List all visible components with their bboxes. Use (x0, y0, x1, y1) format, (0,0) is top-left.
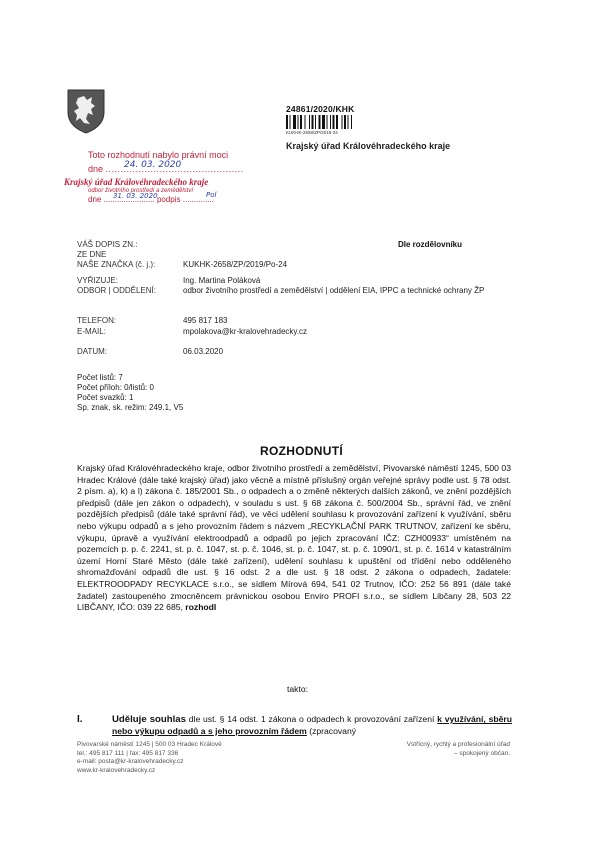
sheet-count: Počet listů: 7 (77, 373, 183, 383)
document-title: ROZHODNUTÍ (0, 444, 595, 458)
department: odbor životního prostředí a zemědělství … (183, 286, 513, 296)
legal-effect-stamp: Toto rozhodnutí nabylo právní moci dne .… (64, 150, 276, 204)
file-mark: Sp. znak, sk. režim: 249.1, V5 (77, 403, 183, 413)
verdict: rozhodl (185, 602, 216, 612)
meta-label: E-MAIL: (77, 327, 106, 336)
footer-contacts: Pivovarské náměstí 1245 | 500 03 Hradec … (77, 741, 222, 775)
motto-line-2: – spokojený občan. (407, 750, 510, 759)
meta-label: DATUM: (77, 347, 107, 356)
stamp-line-2: dne ....................................… (88, 164, 276, 174)
czech-lion-crest-icon (66, 88, 106, 134)
meta-label: VYŘIZUJE: (77, 276, 118, 285)
section-number: I. (77, 714, 83, 725)
stamp-dne-label: dne (88, 164, 103, 174)
meta-label: VÁŠ DOPIS ZN.: (77, 240, 137, 249)
stamp-dne2-label: dne (88, 195, 101, 204)
barcode-text: KUKHK-2658/ZP/2019-24 (286, 130, 338, 135)
handled-by: Ing. Martina Poláková (183, 276, 260, 285)
meta-label: TELEFON: (77, 316, 116, 325)
document-date: 06.03.2020 (183, 347, 223, 356)
handwritten-signature: Pol (206, 191, 216, 199)
phone: 495 817 183 (183, 316, 228, 325)
meta-label: ODBOR | ODDĚLENÍ: (77, 286, 156, 295)
recipient: Dle rozdělovníku (398, 240, 462, 249)
document-counts: Počet listů: 7 Počet příloh: 0/listů: 0 … (77, 373, 183, 413)
reference-number: 24861/2020/KHK (286, 104, 354, 114)
decision-body: Krajský úřad Královéhradeckého kraje, od… (77, 463, 511, 614)
stamp-podpis-label: podpis (157, 195, 181, 204)
stamp-office: Krajský úřad Královéhradeckého kraje (64, 177, 276, 187)
stamp-line-1: Toto rozhodnutí nabylo právní moci (88, 150, 276, 160)
section-1-text: Uděluje souhlas dle ust. § 14 odst. 1 zá… (112, 714, 512, 737)
section-lead: Uděluje souhlas (112, 714, 186, 725)
meta-label: NAŠE ZNAČKA (č. j.): (77, 260, 155, 269)
attachment-count: Počet příloh: 0/listů: 0 (77, 383, 183, 393)
handwritten-sign-date: 31. 03. 2020 (113, 192, 158, 200)
handwritten-effective-date: 24. 03. 2020 (124, 160, 181, 170)
volume-count: Počet svazků: 1 (77, 393, 183, 403)
office-name: Krajský úřad Královéhradeckého kraje (286, 141, 450, 151)
our-reference: KUKHK-2658/ZP/2019/Po-24 (183, 260, 287, 269)
section-text: dle ust. § 14 odst. 1 zákona o odpadech … (186, 714, 437, 724)
section-tail: (zpracovaný (307, 726, 356, 736)
footer-web[interactable]: www.kr-kralovehradecky.cz (77, 767, 222, 776)
body-paragraph: Krajský úřad Královéhradeckého kraje, od… (77, 463, 511, 612)
barcode-icon (286, 115, 402, 129)
takto-label: takto: (0, 684, 595, 694)
meta-label: ZE DNE (77, 250, 106, 259)
footer-email[interactable]: e-mail: posta@kr-kralovehradecky.cz (77, 758, 222, 767)
stamp-line-5: dne ....................... podpis .....… (88, 195, 276, 204)
motto-line-1: Vstřícný, rychlý a profesionální úřad (407, 741, 510, 750)
footer-motto: Vstřícný, rychlý a profesionální úřad – … (407, 741, 510, 758)
email-link[interactable]: mpolakova@kr-kralovehradecky.cz (183, 327, 307, 336)
footer-phone: tel.: 495 817 111 | fax: 495 817 336 (77, 750, 222, 759)
footer-address: Pivovarské náměstí 1245 | 500 03 Hradec … (77, 741, 222, 750)
